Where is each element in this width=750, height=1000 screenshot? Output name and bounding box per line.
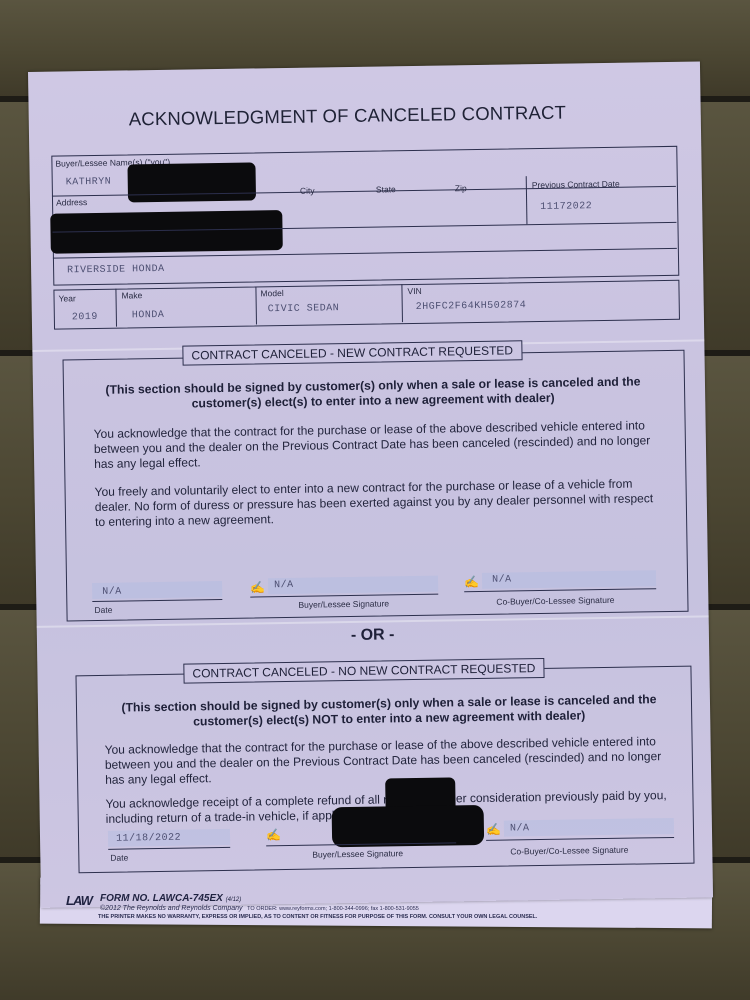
date-label: Date	[110, 853, 128, 863]
new-contract-paragraph-1: You acknowledge that the contract for th…	[94, 418, 665, 472]
cobuyer-signature-value: N/A	[510, 823, 530, 834]
redaction-signature	[332, 805, 485, 847]
previous-contract-date-label: Previous Contract Date	[532, 179, 620, 190]
date-label: Date	[94, 605, 112, 615]
make-label: Make	[121, 290, 142, 300]
new-contract-date-value: N/A	[102, 587, 122, 598]
no-new-contract-date-value: 11/18/2022	[116, 833, 181, 845]
law-logo: LAW	[66, 893, 92, 908]
buyer-signature-label: Buyer/Lessee Signature	[298, 598, 389, 609]
pen-icon: ✍	[266, 828, 281, 842]
pen-icon: ✍	[464, 575, 479, 589]
redaction-name	[127, 162, 256, 202]
model-value: CIVIC SEDAN	[268, 303, 340, 315]
form-revision: (4/12)	[226, 897, 242, 903]
vehicle-info-box	[53, 280, 680, 330]
disclaimer: THE PRINTER MAKES NO WARRANTY, EXPRESS O…	[98, 914, 537, 920]
order-info: TO ORDER: www.reyforms.com; 1-800-344-09…	[247, 906, 419, 912]
buyer-signature-label: Buyer/Lessee Signature	[312, 848, 403, 859]
make-value: HONDA	[132, 310, 165, 322]
pen-icon: ✍	[250, 580, 265, 594]
state-label: State	[376, 184, 396, 194]
model-label: Model	[260, 288, 283, 298]
cobuyer-signature-label: Co-Buyer/Co-Lessee Signature	[510, 845, 628, 857]
form-number: FORM NO. LAWCA-745EX (4/12)	[100, 893, 241, 904]
vin-label: VIN	[407, 286, 421, 296]
canceled-contract-form: ACKNOWLEDGMENT OF CANCELED CONTRACT Buye…	[28, 61, 713, 907]
vin-value: 2HGFC2F64KH502874	[416, 300, 527, 313]
city-label: City	[300, 186, 315, 196]
address-label: Address	[56, 197, 87, 207]
cobuyer-signature-value: N/A	[492, 574, 512, 585]
previous-contract-date-value: 11172022	[540, 201, 592, 213]
new-contract-paragraph-2: You freely and voluntarily elect to ente…	[94, 476, 665, 530]
form-number-text: FORM NO. LAWCA-745EX	[100, 893, 223, 904]
cobuyer-signature-label: Co-Buyer/Co-Lessee Signature	[496, 595, 614, 607]
copyright-text: ©2012 The Reynolds and Reynolds Company	[100, 905, 243, 912]
year-value: 2019	[72, 312, 98, 323]
pen-icon: ✍	[486, 823, 501, 837]
buyer-name-value: KATHRYN	[66, 177, 112, 189]
or-separator: - OR -	[351, 626, 395, 645]
copyright: ©2012 The Reynolds and Reynolds Company …	[100, 905, 419, 912]
document-title: ACKNOWLEDGMENT OF CANCELED CONTRACT	[129, 102, 567, 131]
year-label: Year	[58, 293, 75, 303]
dealer-value: RIVERSIDE HONDA	[67, 264, 165, 277]
zip-label: Zip	[455, 183, 467, 193]
buyer-signature-value: N/A	[274, 580, 294, 591]
